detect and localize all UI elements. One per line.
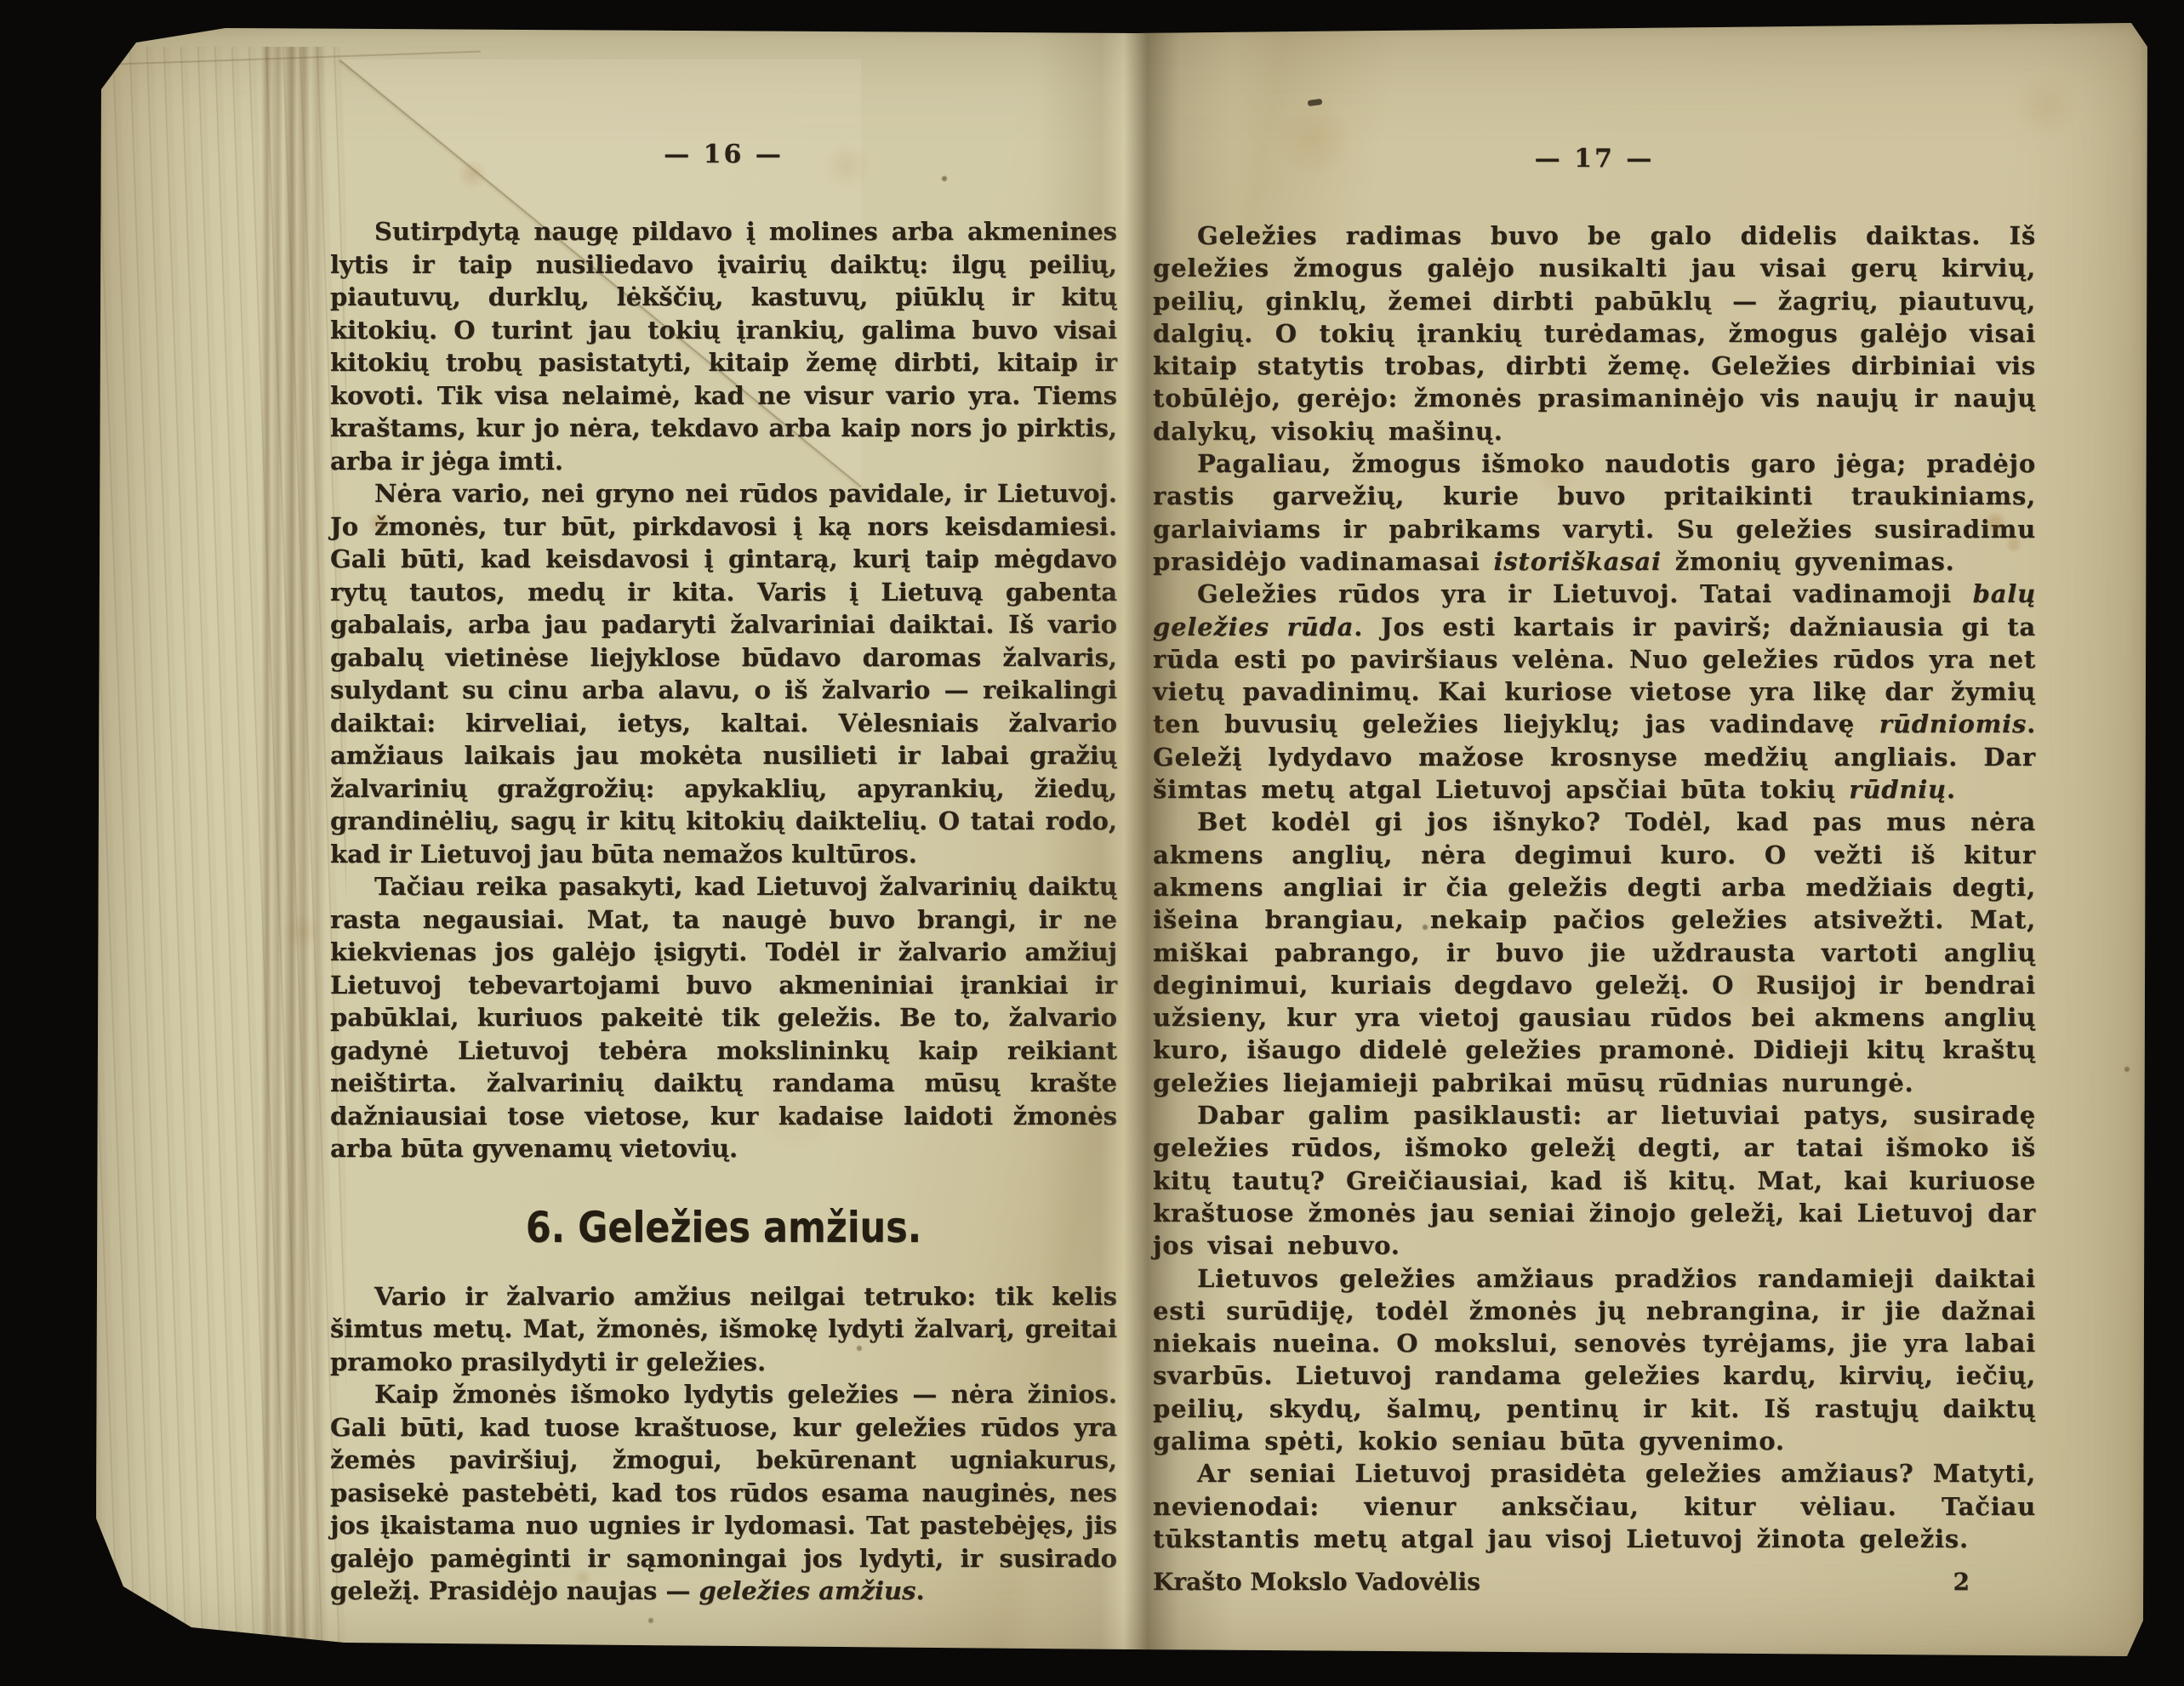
scanned-book-photo: — 16 — Sutirpdytą naugę pildavo į moline… [0, 0, 2184, 1686]
book-spread: — 16 — Sutirpdytą naugę pildavo į moline… [89, 21, 2148, 1663]
paper-stains [89, 21, 2148, 1663]
